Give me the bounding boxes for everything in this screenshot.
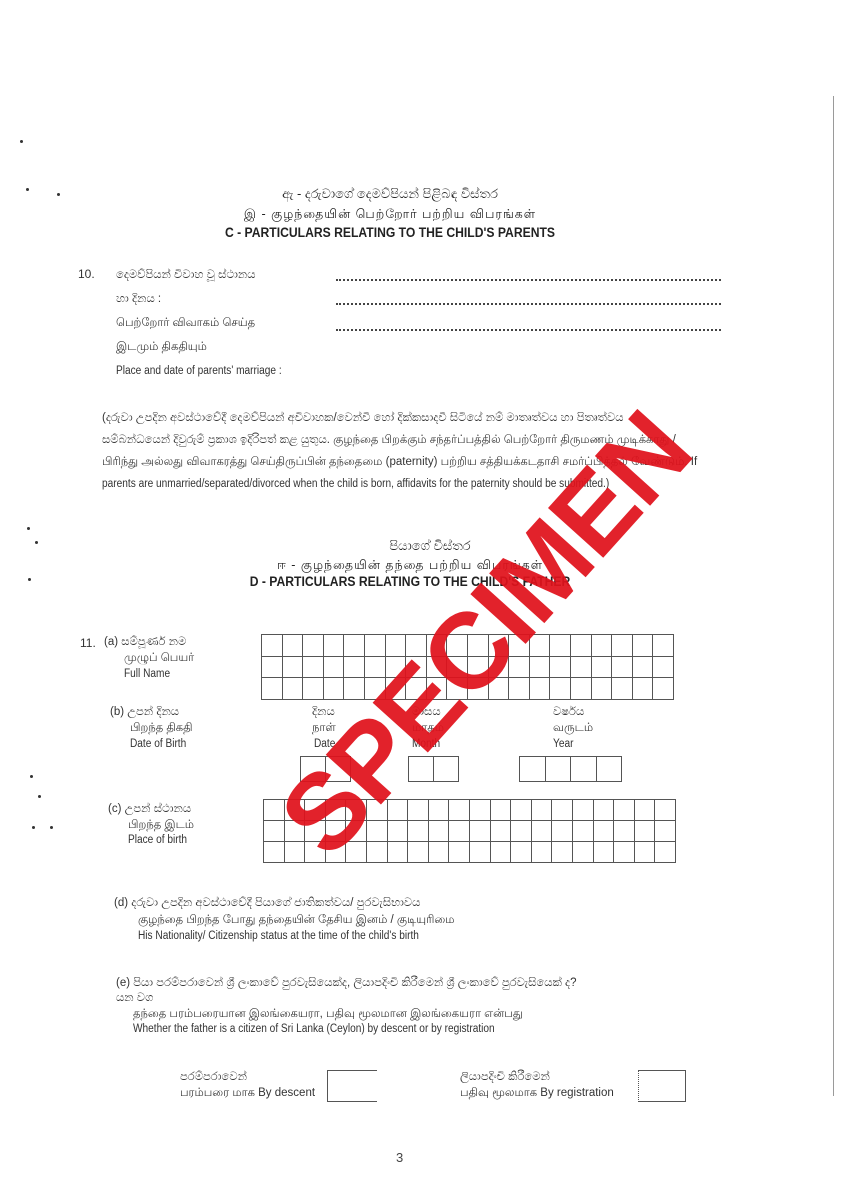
scan-speck (50, 826, 53, 829)
q10-label-sinhala: දෙමව්පියන් විවාහ වූ ස්ථානය (116, 267, 256, 283)
section-d-title-tamil: ஈ - குழந்தையின் தந்தை பற்றிய விபரங்கள் (20, 558, 800, 574)
character-box[interactable] (283, 657, 304, 679)
character-box[interactable] (614, 842, 635, 863)
citizenship-label-sinhala: (e) පියා පරම්පරාවෙන් ශ්‍රී ලංකාවේ පුරවැස… (116, 975, 577, 991)
character-box[interactable] (594, 842, 615, 863)
character-box[interactable] (408, 821, 429, 842)
section-c-title-english: C - PARTICULARS RELATING TO THE CHILD'S … (39, 225, 741, 240)
character-box[interactable] (491, 800, 512, 821)
character-box[interactable] (303, 635, 324, 657)
character-box[interactable] (655, 842, 676, 863)
by-registration-label-sinhala: ලියාපදිංචි කිරීමෙන් (460, 1069, 550, 1085)
character-box[interactable] (633, 635, 654, 657)
scan-speck (35, 541, 38, 544)
character-box[interactable] (324, 678, 345, 700)
character-box[interactable] (614, 821, 635, 842)
character-box[interactable] (470, 821, 491, 842)
section-d-title-sinhala: පියාගේ විස්තර (40, 538, 820, 554)
character-box[interactable] (546, 757, 572, 782)
character-box[interactable] (264, 821, 285, 842)
character-box[interactable] (532, 821, 553, 842)
scan-speck (38, 795, 41, 798)
character-box[interactable] (635, 842, 656, 863)
character-box[interactable] (612, 678, 633, 700)
full-name-label-english: Full Name (124, 666, 170, 682)
year-label-english: Year (553, 736, 573, 752)
character-box[interactable] (597, 757, 623, 782)
scan-speck (27, 527, 30, 530)
character-box[interactable] (552, 800, 573, 821)
year-label-tamil: வருடம் (553, 720, 593, 736)
character-box[interactable] (571, 757, 597, 782)
place-of-birth-label-sinhala: (c) උපන් ස්ථානය (108, 801, 191, 817)
character-box[interactable] (262, 678, 283, 700)
q10-label-tamil: பெற்றோர் விவாகம் செய்த (116, 315, 255, 331)
question-10-number: 10. (78, 267, 95, 281)
scan-speck (30, 775, 33, 778)
place-of-birth-label-english: Place of birth (128, 832, 187, 848)
character-box[interactable] (653, 635, 674, 657)
nationality-label-sinhala: (d) දරුවා උපදින අවස්ථාවේදී පියාගේ ජාතිකත… (114, 895, 420, 911)
scan-speck (32, 826, 35, 829)
character-box[interactable] (303, 678, 324, 700)
character-box[interactable] (633, 657, 654, 679)
dob-label-english: Date of Birth (130, 736, 186, 752)
section-c-title-tamil: இ - குழந்தையின் பெற்றோர் பற்றிய விபரங்கள… (0, 207, 780, 223)
character-box[interactable] (511, 842, 532, 863)
character-box[interactable] (573, 842, 594, 863)
year-label-sinhala: වර්ෂය (553, 704, 584, 720)
scan-speck (20, 140, 23, 143)
character-box[interactable] (573, 800, 594, 821)
character-box[interactable] (429, 842, 450, 863)
character-box[interactable] (633, 678, 654, 700)
nationality-label-english: His Nationality/ Citizenship status at t… (138, 928, 419, 944)
section-d-title-english: D - PARTICULARS RELATING TO THE CHILD'S … (59, 574, 761, 589)
character-box[interactable] (449, 821, 470, 842)
q10-label-english: Place and date of parents' marriage : (116, 363, 282, 379)
character-box[interactable] (612, 657, 633, 679)
character-box[interactable] (324, 635, 345, 657)
character-box[interactable] (520, 757, 546, 782)
nationality-label-tamil: குழந்தை பிறந்த போது தந்தையின் தேசிய இனம்… (138, 912, 455, 928)
character-box[interactable] (552, 821, 573, 842)
character-box[interactable] (449, 800, 470, 821)
character-box[interactable] (552, 842, 573, 863)
character-box[interactable] (262, 657, 283, 679)
character-box[interactable] (594, 821, 615, 842)
place-of-birth-label-tamil: பிறந்த இடம் (128, 817, 194, 833)
character-box[interactable] (511, 800, 532, 821)
character-box[interactable] (285, 842, 306, 863)
character-box[interactable] (491, 842, 512, 863)
character-box[interactable] (653, 678, 674, 700)
scan-speck (28, 578, 31, 581)
character-box[interactable] (550, 657, 571, 679)
character-box[interactable] (571, 678, 592, 700)
character-box[interactable] (594, 800, 615, 821)
page-number: 3 (396, 1150, 403, 1165)
character-box[interactable] (303, 657, 324, 679)
dob-label-sinhala: (b) උපන් දිනය (110, 704, 179, 720)
character-box[interactable] (262, 635, 283, 657)
character-box[interactable] (612, 635, 633, 657)
by-registration-label: பதிவு மூலமாக By registration (460, 1085, 614, 1101)
character-box[interactable] (655, 800, 676, 821)
character-box[interactable] (635, 800, 656, 821)
character-box[interactable] (283, 678, 304, 700)
page-edge-line (833, 96, 834, 1096)
character-box[interactable] (470, 842, 491, 863)
question-11-number: 11. (80, 636, 96, 650)
character-box[interactable] (344, 635, 365, 657)
character-box[interactable] (283, 635, 304, 657)
character-box[interactable] (408, 842, 429, 863)
marriage-place-date-line-3[interactable] (336, 329, 721, 331)
marriage-place-date-line-1[interactable] (336, 279, 721, 281)
character-box[interactable] (655, 821, 676, 842)
character-box[interactable] (592, 678, 613, 700)
character-box[interactable] (573, 821, 594, 842)
character-box[interactable] (264, 842, 285, 863)
q10-label-tamil-2: இடமும் திகதியும் (116, 339, 207, 355)
full-name-label-tamil: முழுப் பெயர் (124, 650, 194, 666)
dob-year-boxes[interactable] (519, 756, 622, 782)
character-box[interactable] (571, 635, 592, 657)
character-box[interactable] (571, 657, 592, 679)
marriage-place-date-line-2[interactable] (336, 303, 721, 305)
character-box[interactable] (592, 657, 613, 679)
character-box[interactable] (532, 842, 553, 863)
citizenship-label-sinhala-2: යන වග (116, 990, 153, 1006)
character-box[interactable] (635, 821, 656, 842)
character-box[interactable] (592, 635, 613, 657)
by-descent-label: பரம்பரை மாக By descent (180, 1085, 315, 1101)
q10-label-sinhala-2: හා දිනය : (116, 291, 161, 307)
by-descent-checkbox[interactable] (327, 1070, 377, 1102)
character-box[interactable] (470, 800, 491, 821)
character-box[interactable] (491, 821, 512, 842)
character-box[interactable] (511, 821, 532, 842)
character-box[interactable] (530, 678, 551, 700)
character-box[interactable] (550, 678, 571, 700)
dob-label-tamil: பிறந்த திகதி (130, 720, 193, 736)
section-c-title-sinhala: ඇ - දරුවාගේ දෙමව්පියන් පිළිබඳ විස්තර (0, 186, 780, 202)
character-box[interactable] (449, 842, 470, 863)
full-name-label-sinhala: (a) සම්පූර්ණ නම (104, 634, 186, 650)
citizenship-label-tamil: தந்தை பரம்பரையான இலங்கையரா, பதிவு மூலமான… (133, 1006, 523, 1022)
citizenship-label-english: Whether the father is a citizen of Sri L… (133, 1021, 495, 1037)
character-box[interactable] (388, 842, 409, 863)
character-box[interactable] (429, 821, 450, 842)
character-box[interactable] (532, 800, 553, 821)
by-registration-checkbox[interactable] (638, 1070, 686, 1102)
character-box[interactable] (324, 657, 345, 679)
character-box[interactable] (653, 657, 674, 679)
character-box[interactable] (429, 800, 450, 821)
character-box[interactable] (614, 800, 635, 821)
by-descent-label-sinhala: පරම්පරාවෙන් (180, 1069, 247, 1085)
